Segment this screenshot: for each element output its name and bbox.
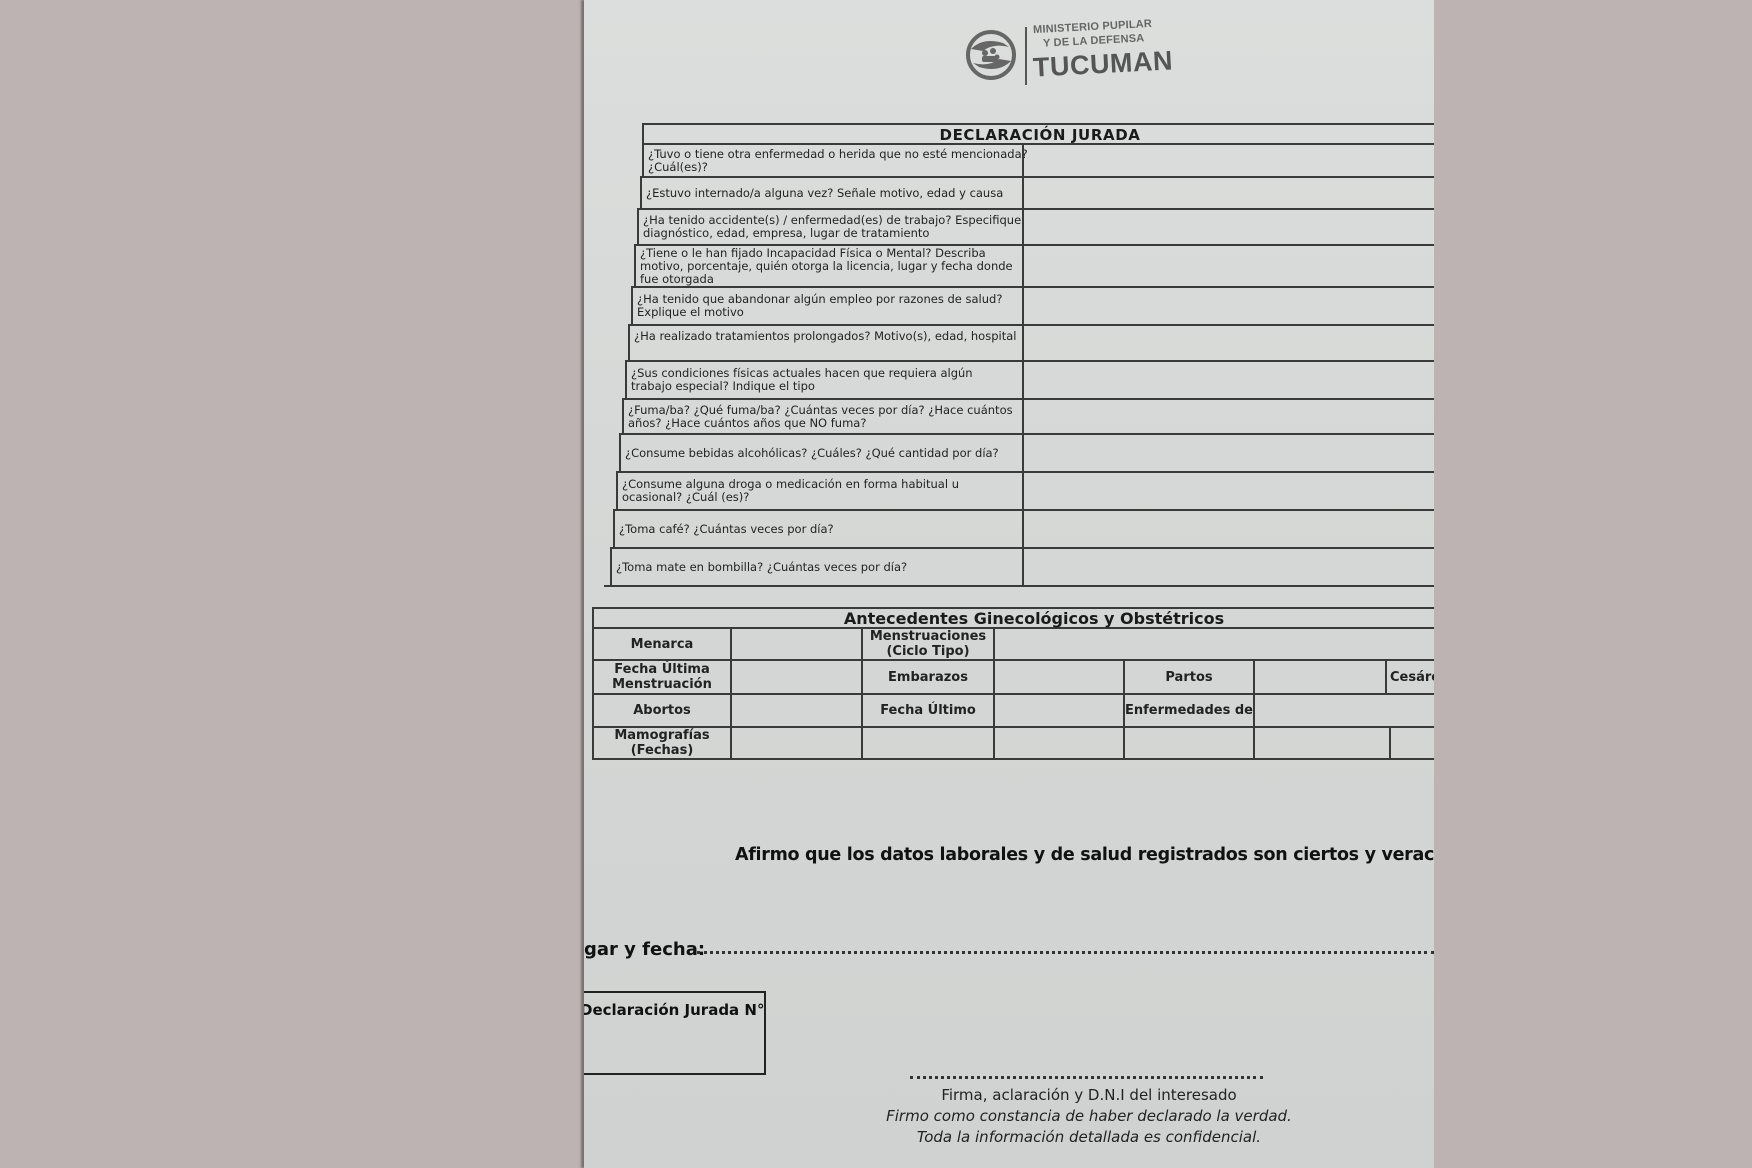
declaration-column-divider (1022, 143, 1024, 587)
label-embarazos: Embarazos (863, 661, 993, 693)
declaration-answer-field[interactable] (1026, 246, 1434, 286)
declaration-answer-field[interactable] (1026, 400, 1434, 433)
signature-note-truth: Firmo como constancia de haber declarado… (884, 1106, 1294, 1127)
form-paper: MINISTERIO PUPILAR Y DE LA DEFENSA TUCUM… (584, 0, 1434, 1168)
declaration-answer-field[interactable] (1026, 435, 1434, 471)
field-mamografias-5[interactable] (1255, 728, 1389, 758)
declaration-answer-field[interactable] (1026, 145, 1434, 176)
declaration-answer-field[interactable] (1026, 549, 1434, 585)
field-mamografias-4[interactable] (1125, 728, 1253, 758)
field-mamografias-3[interactable] (995, 728, 1123, 758)
place-date-field[interactable] (697, 951, 1434, 954)
field-embarazos[interactable] (995, 661, 1123, 693)
signature-field[interactable] (910, 1076, 1263, 1079)
ministry-logo: MINISTERIO PUPILAR Y DE LA DEFENSA TUCUM… (963, 17, 1153, 85)
label-enfermedades: Enfermedades de (1125, 695, 1253, 726)
declaration-question: ¿Ha tenido que abandonar algún empleo po… (637, 293, 1022, 319)
gyn-col-line (1389, 726, 1391, 760)
declaration-question: ¿Toma café? ¿Cuántas veces por día? (619, 523, 1004, 536)
label-abortos: Abortos (594, 695, 730, 726)
declaration-answer-field[interactable] (1026, 210, 1434, 244)
field-fum[interactable] (732, 661, 861, 693)
label-mamografias: Mamografías (Fechas) (594, 728, 730, 758)
declaration-answer-field[interactable] (1026, 362, 1434, 398)
declaration-row: ¿Ha tenido accidente(s) / enfermedad(es)… (637, 208, 1434, 244)
declaration-answer-field[interactable] (1026, 178, 1434, 208)
gyn-table-title: Antecedentes Ginecológicos y Obstétricos (592, 607, 1434, 629)
label-menarca: Menarca (594, 629, 730, 659)
gyn-row-line (592, 758, 1434, 760)
declaration-row: ¿Tiene o le han fijado Incapacidad Físic… (634, 244, 1434, 286)
declaration-row: ¿Ha realizado tratamientos prolongados? … (628, 324, 1434, 360)
declaration-row: ¿Consume bebidas alcohólicas? ¿Cuáles? ¿… (619, 433, 1434, 471)
declaration-table-bottom-border (604, 585, 1434, 587)
declaration-question: ¿Sus condiciones físicas actuales hacen … (631, 367, 1016, 393)
affirmation-text: Afirmo que los datos laborales y de salu… (735, 845, 1434, 865)
signature-label: Firma, aclaración y D.N.I del interesado (884, 1085, 1294, 1106)
declaration-row: ¿Ha tenido que abandonar algún empleo po… (631, 286, 1434, 324)
signature-block: Firma, aclaración y D.N.I del interesado… (884, 1085, 1294, 1148)
hands-family-emblem-icon (963, 29, 1019, 81)
declaration-question: ¿Tiene o le han fijado Incapacidad Físic… (640, 247, 1025, 286)
declaration-question: ¿Consume bebidas alcohólicas? ¿Cuáles? ¿… (625, 447, 1010, 460)
declaration-question: ¿Consume alguna droga o medicación en fo… (622, 478, 1007, 504)
declaration-number-box[interactable]: Declaración Jurada N° (584, 991, 766, 1075)
declaration-answer-field[interactable] (1026, 288, 1434, 324)
label-menstruaciones: Menstruaciones (Ciclo Tipo) (863, 629, 993, 659)
declaration-number-label: Declaración Jurada N° (584, 1001, 764, 1019)
field-menstruaciones[interactable] (995, 629, 1434, 659)
declaration-question: ¿Tuvo o tiene otra enfermedad o herida q… (648, 148, 1033, 174)
declaration-question: ¿Ha realizado tratamientos prolongados? … (634, 330, 1019, 343)
label-cesareas: Cesáre (1387, 661, 1434, 693)
declaration-answer-field[interactable] (1026, 326, 1434, 360)
field-mamografias-2[interactable] (863, 728, 993, 758)
declaration-title: DECLARACIÓN JURADA (642, 123, 1434, 145)
place-date-label: gar y fecha: (584, 939, 705, 960)
declaration-answer-field[interactable] (1026, 473, 1434, 509)
declaration-question: ¿Ha tenido accidente(s) / enfermedad(es)… (643, 214, 1028, 240)
logo-separator (1025, 27, 1027, 85)
label-fum: Fecha Última Menstruación (594, 661, 730, 693)
field-abortos[interactable] (732, 695, 861, 726)
field-menarca[interactable] (732, 629, 861, 659)
field-mamografias-1[interactable] (732, 728, 861, 758)
declaration-row: ¿Sus condiciones físicas actuales hacen … (625, 360, 1434, 398)
declaration-question: ¿Estuvo internado/a alguna vez? Señale m… (646, 187, 1031, 200)
declaration-row: ¿Consume alguna droga o medicación en fo… (616, 471, 1434, 509)
gyn-obstetric-table: Antecedentes Ginecológicos y Obstétricos… (592, 607, 1434, 760)
field-fecha-ultimo[interactable] (995, 695, 1123, 726)
declaration-row: ¿Estuvo internado/a alguna vez? Señale m… (640, 176, 1434, 208)
declaration-answer-field[interactable] (1026, 511, 1434, 547)
label-partos: Partos (1125, 661, 1253, 693)
field-enfermedades[interactable] (1255, 695, 1434, 726)
declaration-question: ¿Fuma/ba? ¿Qué fuma/ba? ¿Cuántas veces p… (628, 404, 1013, 430)
logo-line3: TUCUMAN (1032, 45, 1173, 83)
signature-note-confidential: Toda la información detallada es confide… (884, 1127, 1294, 1148)
field-partos[interactable] (1255, 661, 1385, 693)
label-fecha-ultimo: Fecha Último (863, 695, 993, 726)
declaration-question: ¿Toma mate en bombilla? ¿Cuántas veces p… (616, 561, 1001, 574)
declaration-row: ¿Tuvo o tiene otra enfermedad o herida q… (642, 143, 1434, 176)
declaration-row: ¿Fuma/ba? ¿Qué fuma/ba? ¿Cuántas veces p… (622, 398, 1434, 433)
